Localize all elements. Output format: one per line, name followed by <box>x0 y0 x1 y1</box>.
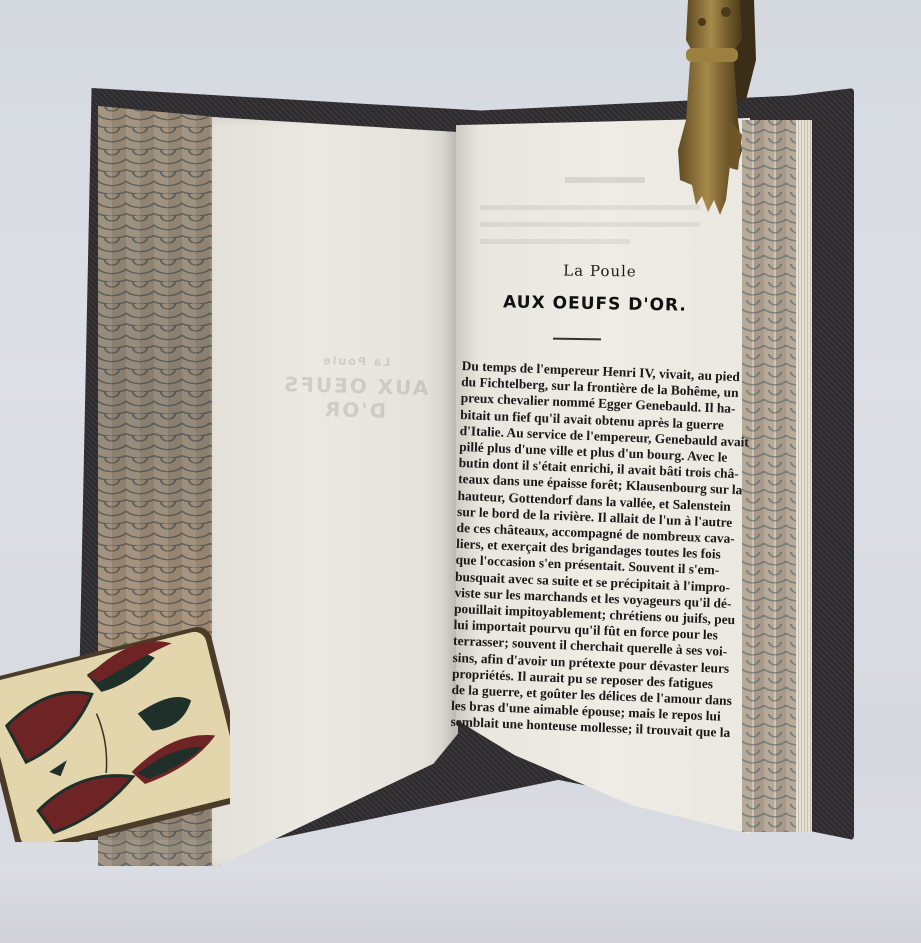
bleed-through-big: AUX OEUFS D'OR <box>282 372 429 423</box>
enamel-bookmark-icon <box>0 612 230 842</box>
show-through-line <box>480 239 630 244</box>
left-page <box>212 117 458 869</box>
chapter-title-small: La Poule <box>500 261 700 282</box>
show-through-line <box>480 222 700 227</box>
page-body-text: Du temps de l'empereur Henri IV, vivait,… <box>450 358 714 741</box>
marbled-page-edges <box>742 120 812 832</box>
photo-scene: La Poule AUX OEUFS D'OR La Poule AUX OEU… <box>0 0 921 943</box>
brass-hand-clip-icon <box>650 0 760 220</box>
left-page-bleed-through: La Poule AUX OEUFS D'OR <box>269 353 441 424</box>
running-header-ghost <box>565 177 645 183</box>
